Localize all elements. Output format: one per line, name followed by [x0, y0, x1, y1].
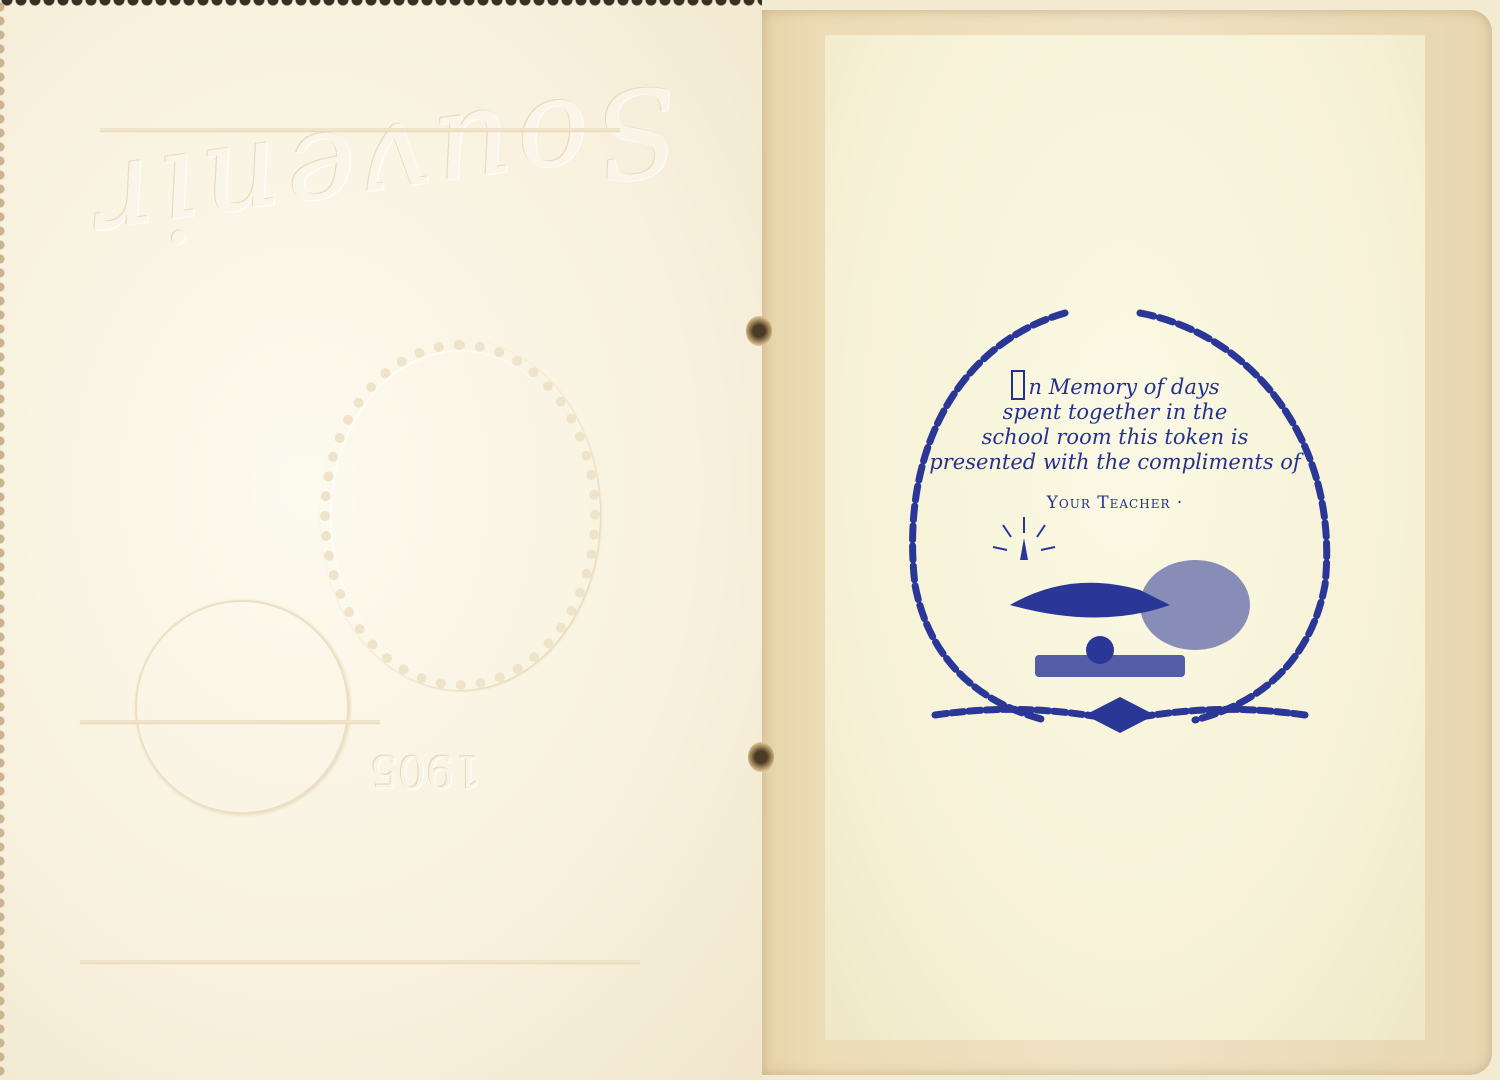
binding-hole-top	[746, 316, 772, 346]
left-embossed-panel: Souvenir 1905	[0, 0, 762, 1080]
scalloped-edge-top	[0, 0, 762, 10]
message-line-3: school room this token is	[925, 425, 1305, 450]
message-line-4: presented with the compliments of	[925, 450, 1305, 475]
embossed-globe	[135, 600, 349, 814]
embossed-base-line	[80, 960, 640, 963]
embossed-year: 1905	[370, 745, 482, 796]
embossed-globe-ring	[80, 720, 380, 723]
signature-your-teacher: Your Teacher ·	[925, 493, 1305, 513]
embossed-banner-line	[100, 128, 620, 131]
embossed-oval-frame	[320, 340, 600, 690]
scalloped-edge-left	[0, 0, 8, 1080]
drop-cap-i	[1011, 370, 1025, 400]
embossed-title: Souvenir	[113, 57, 687, 273]
binding-hole-bottom	[748, 742, 774, 772]
message-line-1: n Memory of days	[925, 370, 1305, 400]
message-line-2: spent together in the	[925, 400, 1305, 425]
dedication-message: n Memory of days spent together in the s…	[925, 370, 1305, 475]
